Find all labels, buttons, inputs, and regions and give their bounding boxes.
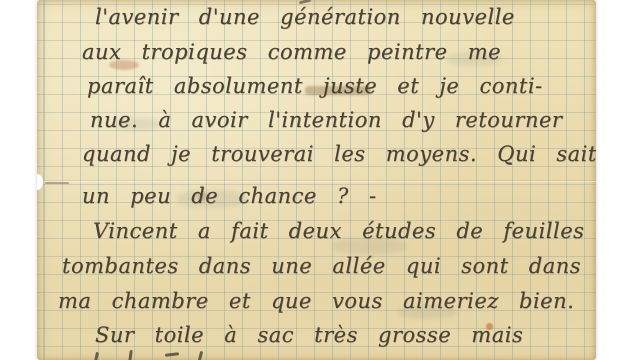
handwriting-line-5: quand je trouverai les moyens. Qui sait xyxy=(82,142,596,166)
handwriting-line-10: Sur toile à sac très grosse mais xyxy=(95,323,523,347)
scanned-letter-page: l'avenir d'une génération nouvelle aux t… xyxy=(0,0,640,360)
handwriting-line-8: tombantes dans une allée qui sont dans xyxy=(62,254,581,278)
handwriting-line-1: l'avenir d'une génération nouvelle xyxy=(95,5,515,29)
handwriting-line-4: nue. à avoir l'intention d'y retourner xyxy=(90,108,562,132)
letter-paper: l'avenir d'une génération nouvelle aux t… xyxy=(37,0,596,360)
handwriting-line-9: ma chambre et que vous aimeriez bien. xyxy=(58,289,574,313)
handwriting-line-7: Vincent a fait deux études de feuilles xyxy=(93,219,584,243)
handwriting-line-3: paraît absolument juste et je conti- xyxy=(87,74,543,98)
handwriting-line-2: aux tropiques comme peintre me xyxy=(82,40,501,64)
fold-crease xyxy=(37,180,596,183)
handwriting-line-6: un peu de chance ? - xyxy=(82,184,377,208)
